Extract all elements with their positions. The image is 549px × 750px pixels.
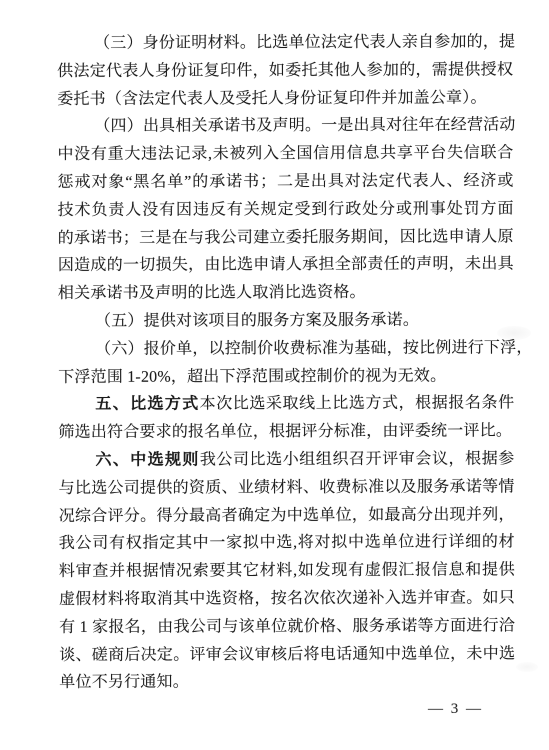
text-line: 况综合评分。得分最高者确定为中选单位，如最高分出现并列， (59, 501, 515, 530)
line-text: 委托书（含法定代表人及受托人身份证复印件并加盖公章）。 (57, 89, 486, 107)
line-text: （三）身份证明材料。比选单位法定代表人亲自参加的，提 (94, 33, 515, 51)
text-line: 供法定代表人身份证复印件，如委托其他人参加的，需提供授权 (57, 56, 513, 85)
line-text: 技术负责人没有因违反有关规定受到行政处分或刑事处罚方面 (58, 200, 514, 219)
text-line: 因造成的一切损失，由比选申请人承担全部责任的声明，未出具 (58, 251, 514, 280)
line-text: （六）报价单，以控制价收费标准为基础，按比例进行下浮， (95, 339, 532, 358)
line-text: 的承诺书；三是在与我公司建立委托服务期间，因比选申请人原 (58, 228, 514, 247)
text-line: 虚假材料将取消其中选资格，按名次依次递补入选并审查。如只 (59, 584, 515, 613)
text-line: （四）出具相关承诺书及声明。一是出具对往年在经营活动 (57, 112, 513, 141)
text-line: 有 1 家报名，由我公司与该单位就价格、服务承诺等方面进行洽 (59, 612, 515, 641)
line-text: 虚假材料将取消其中选资格，按名次依次递补入选并审查。如只 (59, 589, 515, 608)
text-line: 我公司有权指定其中一家拟中选,将对拟中选单位进行详细的材 (59, 529, 515, 558)
line-text: 我公司比选小组组织召开评审会议，根据参 (200, 450, 515, 468)
scanned-document-page: （三）身份证明材料。比选单位法定代表人亲自参加的，提供法定代表人身份证复印件，如… (0, 0, 549, 750)
line-text: 惩戒对象“黑名单”的承诺书；二是出具对法定代表人、经济或 (58, 172, 514, 191)
text-line: 惩戒对象“黑名单”的承诺书；二是出具对法定代表人、经济或 (57, 167, 513, 196)
text-line: 六、中选规则我公司比选小组组织召开评审会议，根据参 (58, 445, 514, 474)
text-line: 筛选出符合要求的报名单位，根据评分标准，由评委统一评比。 (58, 418, 514, 447)
line-text: 我公司有权指定其中一家拟中选,将对拟中选单位进行详细的材 (59, 534, 515, 553)
text-line: 料审查并根据情况索要其它材料,如发现有虚假汇报信息和提供 (59, 557, 515, 586)
text-line: 下浮范围 1-20%，超出下浮范围或控制价的视为无效。 (58, 362, 514, 391)
text-line: 中没有重大违法记录,未被列入全国信用信息共享平台失信联合 (57, 140, 513, 169)
text-line: 技术负责人没有因违反有关规定受到行政处分或刑事处罚方面 (58, 195, 514, 224)
line-text: （五）提供对该项目的服务方案及服务承诺。 (95, 312, 419, 330)
text-line: 委托书（含法定代表人及受托人身份证复印件并加盖公章）。 (57, 84, 513, 113)
section-heading: 六、中选规则 (95, 451, 199, 468)
text-line: 相关承诺书及声明的比选人取消比选资格。 (58, 279, 514, 308)
section-heading: 五、比选方式 (95, 396, 199, 413)
line-text: 料审查并根据情况索要其它材料,如发现有虚假汇报信息和提供 (59, 562, 515, 581)
text-line: 的承诺书；三是在与我公司建立委托服务期间，因比选申请人原 (58, 223, 514, 252)
line-text: 谈、磋商后决定。评审会议审核后将电话通知中选单位，未中选 (59, 645, 515, 664)
document-body: （三）身份证明材料。比选单位法定代表人亲自参加的，提供法定代表人身份证复印件，如… (57, 28, 515, 697)
line-text: 本次比选采取线上比选方式，根据报名条件 (200, 395, 515, 413)
text-line: 五、比选方式本次比选采取线上比选方式，根据报名条件 (58, 390, 514, 419)
scan-smudge (497, 326, 531, 340)
text-line: （六）报价单，以控制价收费标准为基础，按比例进行下浮， (58, 334, 514, 363)
text-line: （三）身份证明材料。比选单位法定代表人亲自参加的，提 (57, 28, 513, 57)
text-line: 谈、磋商后决定。评审会议审核后将电话通知中选单位，未中选 (59, 640, 515, 669)
line-text: 供法定代表人身份证复印件，如委托其他人参加的，需提供授权 (57, 61, 513, 80)
line-text: 相关承诺书及声明的比选人取消比选资格。 (58, 284, 366, 302)
line-text: 筛选出符合要求的报名单位，根据评分标准，由评委统一评比。 (58, 423, 512, 442)
line-text: 有 1 家报名，由我公司与该单位就价格、服务承诺等方面进行洽 (59, 617, 515, 636)
text-line: 单位不另行通知。 (59, 668, 515, 697)
line-text: （四）出具相关承诺书及声明。一是出具对往年在经营活动 (94, 117, 515, 135)
text-line: （五）提供对该项目的服务方案及服务承诺。 (58, 306, 514, 335)
line-text: 与比选公司提供的资质、业绩材料、收费标准以及服务承诺等情 (59, 478, 515, 497)
line-text: 况综合评分。得分最高者确定为中选单位，如最高分出现并列， (59, 506, 515, 525)
line-text: 因造成的一切损失，由比选申请人承担全部责任的声明，未出具 (58, 256, 514, 275)
line-text: 下浮范围 1-20%，超出下浮范围或控制价的视为无效。 (58, 367, 446, 385)
line-text: 单位不另行通知。 (59, 674, 189, 691)
page-number: — 3 — (428, 701, 483, 718)
text-line: 与比选公司提供的资质、业绩材料、收费标准以及服务承诺等情 (59, 473, 515, 502)
line-text: 中没有重大违法记录,未被列入全国信用信息共享平台失信联合 (57, 145, 513, 164)
scan-smudge (516, 662, 538, 672)
